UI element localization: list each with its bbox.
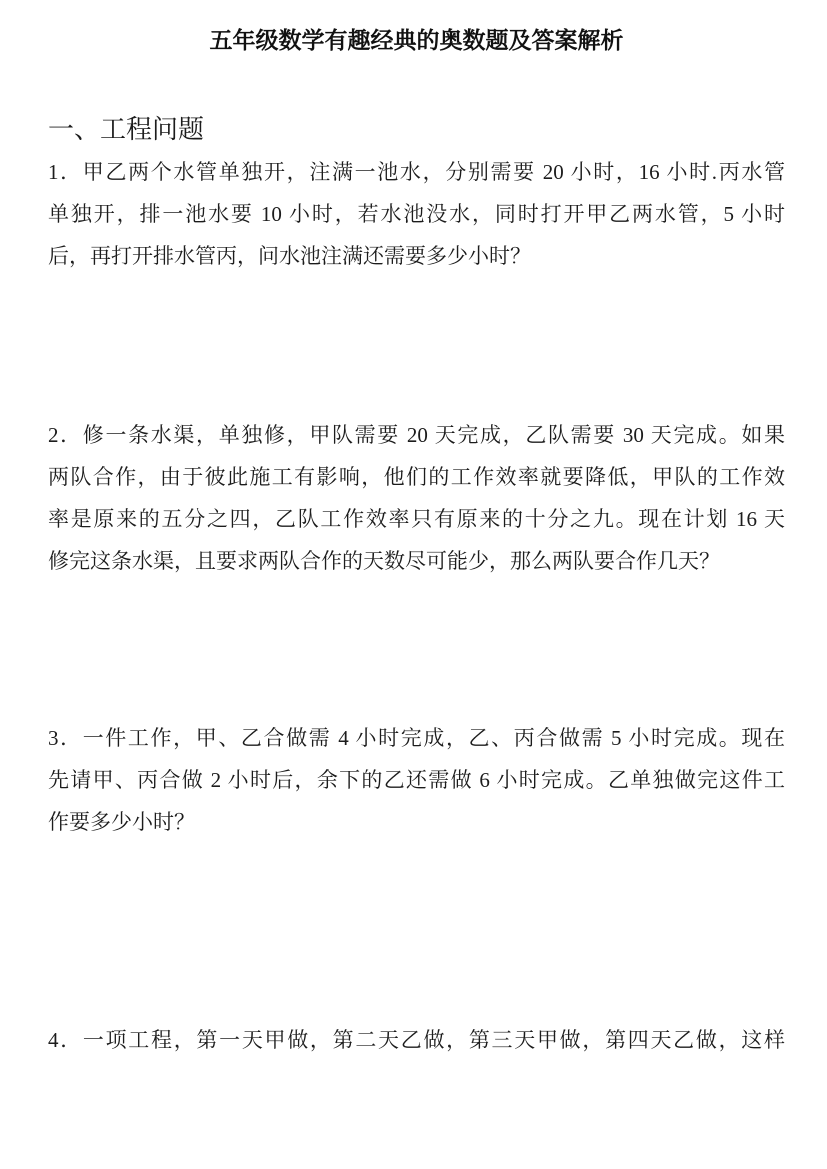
problem-2-line-2: 两队合作，由于彼此施工有影响，他们的工作效率就要降低，甲队的工作效 bbox=[48, 456, 785, 498]
document-body: 一、工程问题 1．甲乙两个水管单独开，注满一池水，分别需要 20 小时，16 小… bbox=[0, 109, 827, 1061]
problem-3: 3．一件工作，甲、乙合做需 4 小时完成，乙、丙合做需 5 小时完成。现在 先请… bbox=[48, 717, 785, 843]
document-title: 五年级数学有趣经典的奥数题及答案解析 bbox=[48, 26, 785, 56]
problem-3-line-3: 作要多少小时？ bbox=[48, 801, 785, 843]
problem-4-line-1: 4．一项工程，第一天甲做，第二天乙做，第三天甲做，第四天乙做，这样 bbox=[48, 1019, 785, 1061]
problem-1: 1．甲乙两个水管单独开，注满一池水，分别需要 20 小时，16 小时.丙水管 单… bbox=[48, 151, 785, 277]
problem-1-line-1: 1．甲乙两个水管单独开，注满一池水，分别需要 20 小时，16 小时.丙水管 bbox=[48, 151, 785, 193]
problem-1-line-2: 单独开，排一池水要 10 小时，若水池没水，同时打开甲乙两水管，5 小时 bbox=[48, 193, 785, 235]
section-heading: 一、工程问题 bbox=[48, 109, 785, 151]
problem-2-line-1: 2．修一条水渠，单独修，甲队需要 20 天完成，乙队需要 30 天完成。如果 bbox=[48, 414, 785, 456]
problem-2-line-4: 修完这条水渠，且要求两队合作的天数尽可能少，那么两队要合作几天？ bbox=[48, 540, 785, 582]
problem-1-line-3: 后，再打开排水管丙，问水池注满还需要多少小时？ bbox=[48, 235, 785, 277]
document-page: 五年级数学有趣经典的奥数题及答案解析 一、工程问题 1．甲乙两个水管单独开，注满… bbox=[0, 0, 827, 1169]
problem-2: 2．修一条水渠，单独修，甲队需要 20 天完成，乙队需要 30 天完成。如果 两… bbox=[48, 414, 785, 582]
problem-3-line-2: 先请甲、丙合做 2 小时后，余下的乙还需做 6 小时完成。乙单独做完这件工 bbox=[48, 759, 785, 801]
problem-4: 4．一项工程，第一天甲做，第二天乙做，第三天甲做，第四天乙做，这样 bbox=[48, 1019, 785, 1061]
problem-2-line-3: 率是原来的五分之四，乙队工作效率只有原来的十分之九。现在计划 16 天 bbox=[48, 498, 785, 540]
problem-3-line-1: 3．一件工作，甲、乙合做需 4 小时完成，乙、丙合做需 5 小时完成。现在 bbox=[48, 717, 785, 759]
